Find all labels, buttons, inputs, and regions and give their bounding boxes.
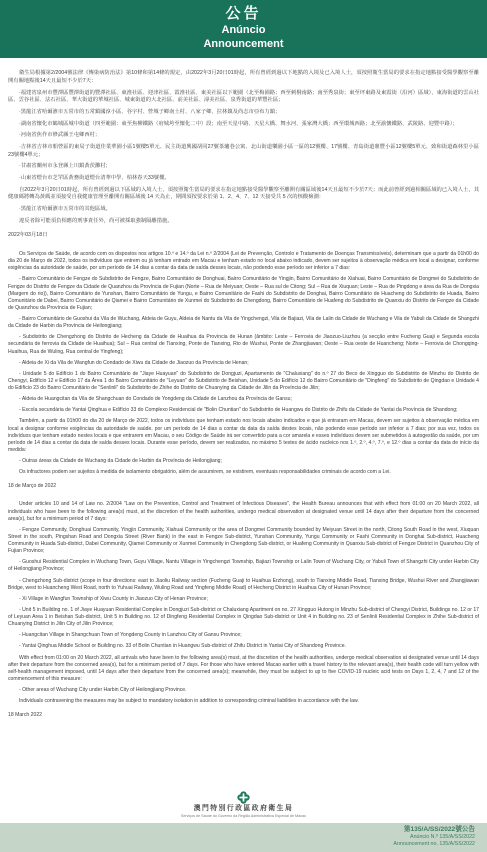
page-title-en: Announcement [0,38,487,52]
pt-other-area-item: - Outras áreas da Cidade de Wuchang da C… [8,458,479,465]
en-other-area-item: - Other areas of Wuchang City under Harb… [8,687,479,694]
zh-area-item: ·黑龍江省哈爾濱市五常市的五常鎮國淳小區、谷宇村、營城子鄉南土村、八家子鄉、拉林… [8,109,479,117]
pt-area-item: - Aldeia de Huangcitan da Vila de Shangc… [8,396,479,403]
zh-area-item: ·甘肅省蘭州市永登縣上川鎮黃茨灘村； [8,163,479,171]
announcement-body: 衛生局根據第2/2004號法律《傳染病防治法》第10條和第14條的規定，由202… [0,58,487,719]
zh-area-item: ·吉林省吉林市船營區的東局子街道佳業華園小區1號樓5單元、民主街道興國胡同27號… [8,144,479,159]
health-bureau-cross-logo-icon [237,791,250,804]
pt-second-measure-paragraph: Também, a partir da 01h00 do dia 20 de M… [8,418,479,454]
zh-intro-paragraph: 衛生局根據第2/2004號法律《傳染病防治法》第10條和第14條的規定，由202… [8,70,479,85]
en-area-item: - Xi Village in Wangfun Township of Xiwu… [8,596,479,603]
zh-area-item: ·福建省泉州市豐澤區豐澤街道的豐澤社區、東淮社區、迎津社區、霞淮社區、東美社區以… [8,90,479,105]
reference-number-en: Announcement no. 135/A/SS/2022 [0,841,475,848]
en-area-item: - Huangcitan Village in Shangchuan Town … [8,632,479,639]
zh-area-item: ·湖南省懷化市鶴城區城中街道（四至範圍：東至焦柳鐵路（府城垮至懷化二中）段；南至… [8,121,479,129]
zh-second-measure-paragraph: 自2022年3月20日01時起，所有曾經到過以下區域的入境人士，須按照衛生當局的… [8,187,479,202]
section-portuguese: Os Serviços de Saúde, de acordo com os d… [8,251,479,490]
en-intro-paragraph: Under articles 10 and 14 of Law no. 2/20… [8,501,479,522]
pt-area-item: - Bairro Comunitário de Fengze do Subdis… [8,276,479,312]
announcement-page: 公告 Anúncio Announcement 衛生局根據第2/2004號法律《… [0,0,487,852]
pt-area-item: - Subdistrito de Chengzhong do Distrito … [8,334,479,355]
en-second-measure-paragraph: With effect from 01:00 on 20 March 2022,… [8,655,479,684]
zh-area-item: ·山東省煙台市芝罘區黃務街道煙台清華中學、柏林春天33號樓。 [8,175,479,183]
pt-area-item: - Escola secundária de Yantai Qinghua e … [8,407,479,414]
en-area-item: - Fengze Community, Donghuai Community, … [8,527,479,556]
pt-area-item: - Aldeia de Xi da Vila de Wangfun do Con… [8,360,479,367]
reference-number-pt: Anúncio N.º 135/A/SS/2022 [0,834,475,841]
en-date: 18 March 2022 [8,712,479,719]
pt-intro-paragraph: Os Serviços de Saúde, de acordo com os d… [8,251,479,272]
en-area-item: - Chengzhong Sub-district (scope in four… [8,578,479,592]
pt-date: 18 de Março de 2022 [8,483,479,490]
issuing-organization-block: 澳門特別行政區政府衛生局 Serviços de Saúde do Govern… [0,791,487,818]
announcement-header: 公告 Anúncio Announcement [0,0,487,58]
en-penalty-paragraph: Individuals contravening the measures ma… [8,698,479,705]
page-title-zh: 公告 [0,5,487,24]
pt-area-item: - Unidade 5 do Edifício 1 do Bairro Comu… [8,371,479,392]
org-name-pt: Serviços de Saúde do Governo da Região A… [0,814,487,818]
reference-number-zh: 第135/A/SS/2022號公告 [0,826,475,834]
page-title-pt: Anúncio [0,24,487,38]
zh-other-area-item: ·黑龍江省哈爾濱市五常市的其他區域。 [8,206,479,214]
zh-area-item: ·河南省焦作市修武縣王屯鄉西村； [8,132,479,140]
pt-area-item: - Bairro Comunitário de Guoshui da Vila … [8,316,479,330]
reference-number-band: 第135/A/SS/2022號公告 Anúncio N.º 135/A/SS/2… [0,823,487,852]
section-english: Under articles 10 and 14 of Law no. 2/20… [8,501,479,719]
section-chinese: 衛生局根據第2/2004號法律《傳染病防治法》第10條和第14條的規定，由202… [8,70,479,240]
zh-date: 2022年03月18日 [8,232,479,240]
org-name-zh: 澳門特別行政區政府衛生局 [0,805,487,813]
en-area-item: - Yantai Qinghua Middle School or Buildi… [8,643,479,650]
zh-penalty-paragraph: 違反者除可能須負相應的刑事責任外，尚可被採取強制隔離措施。 [8,218,479,226]
en-area-item: - Guoshui Residential Complex in Wuchang… [8,559,479,573]
en-area-item: - Unit 5 in Building no. 1 of Jiaye Huay… [8,607,479,628]
pt-penalty-paragraph: Os infractores podem ser sujeitos à medi… [8,469,479,476]
